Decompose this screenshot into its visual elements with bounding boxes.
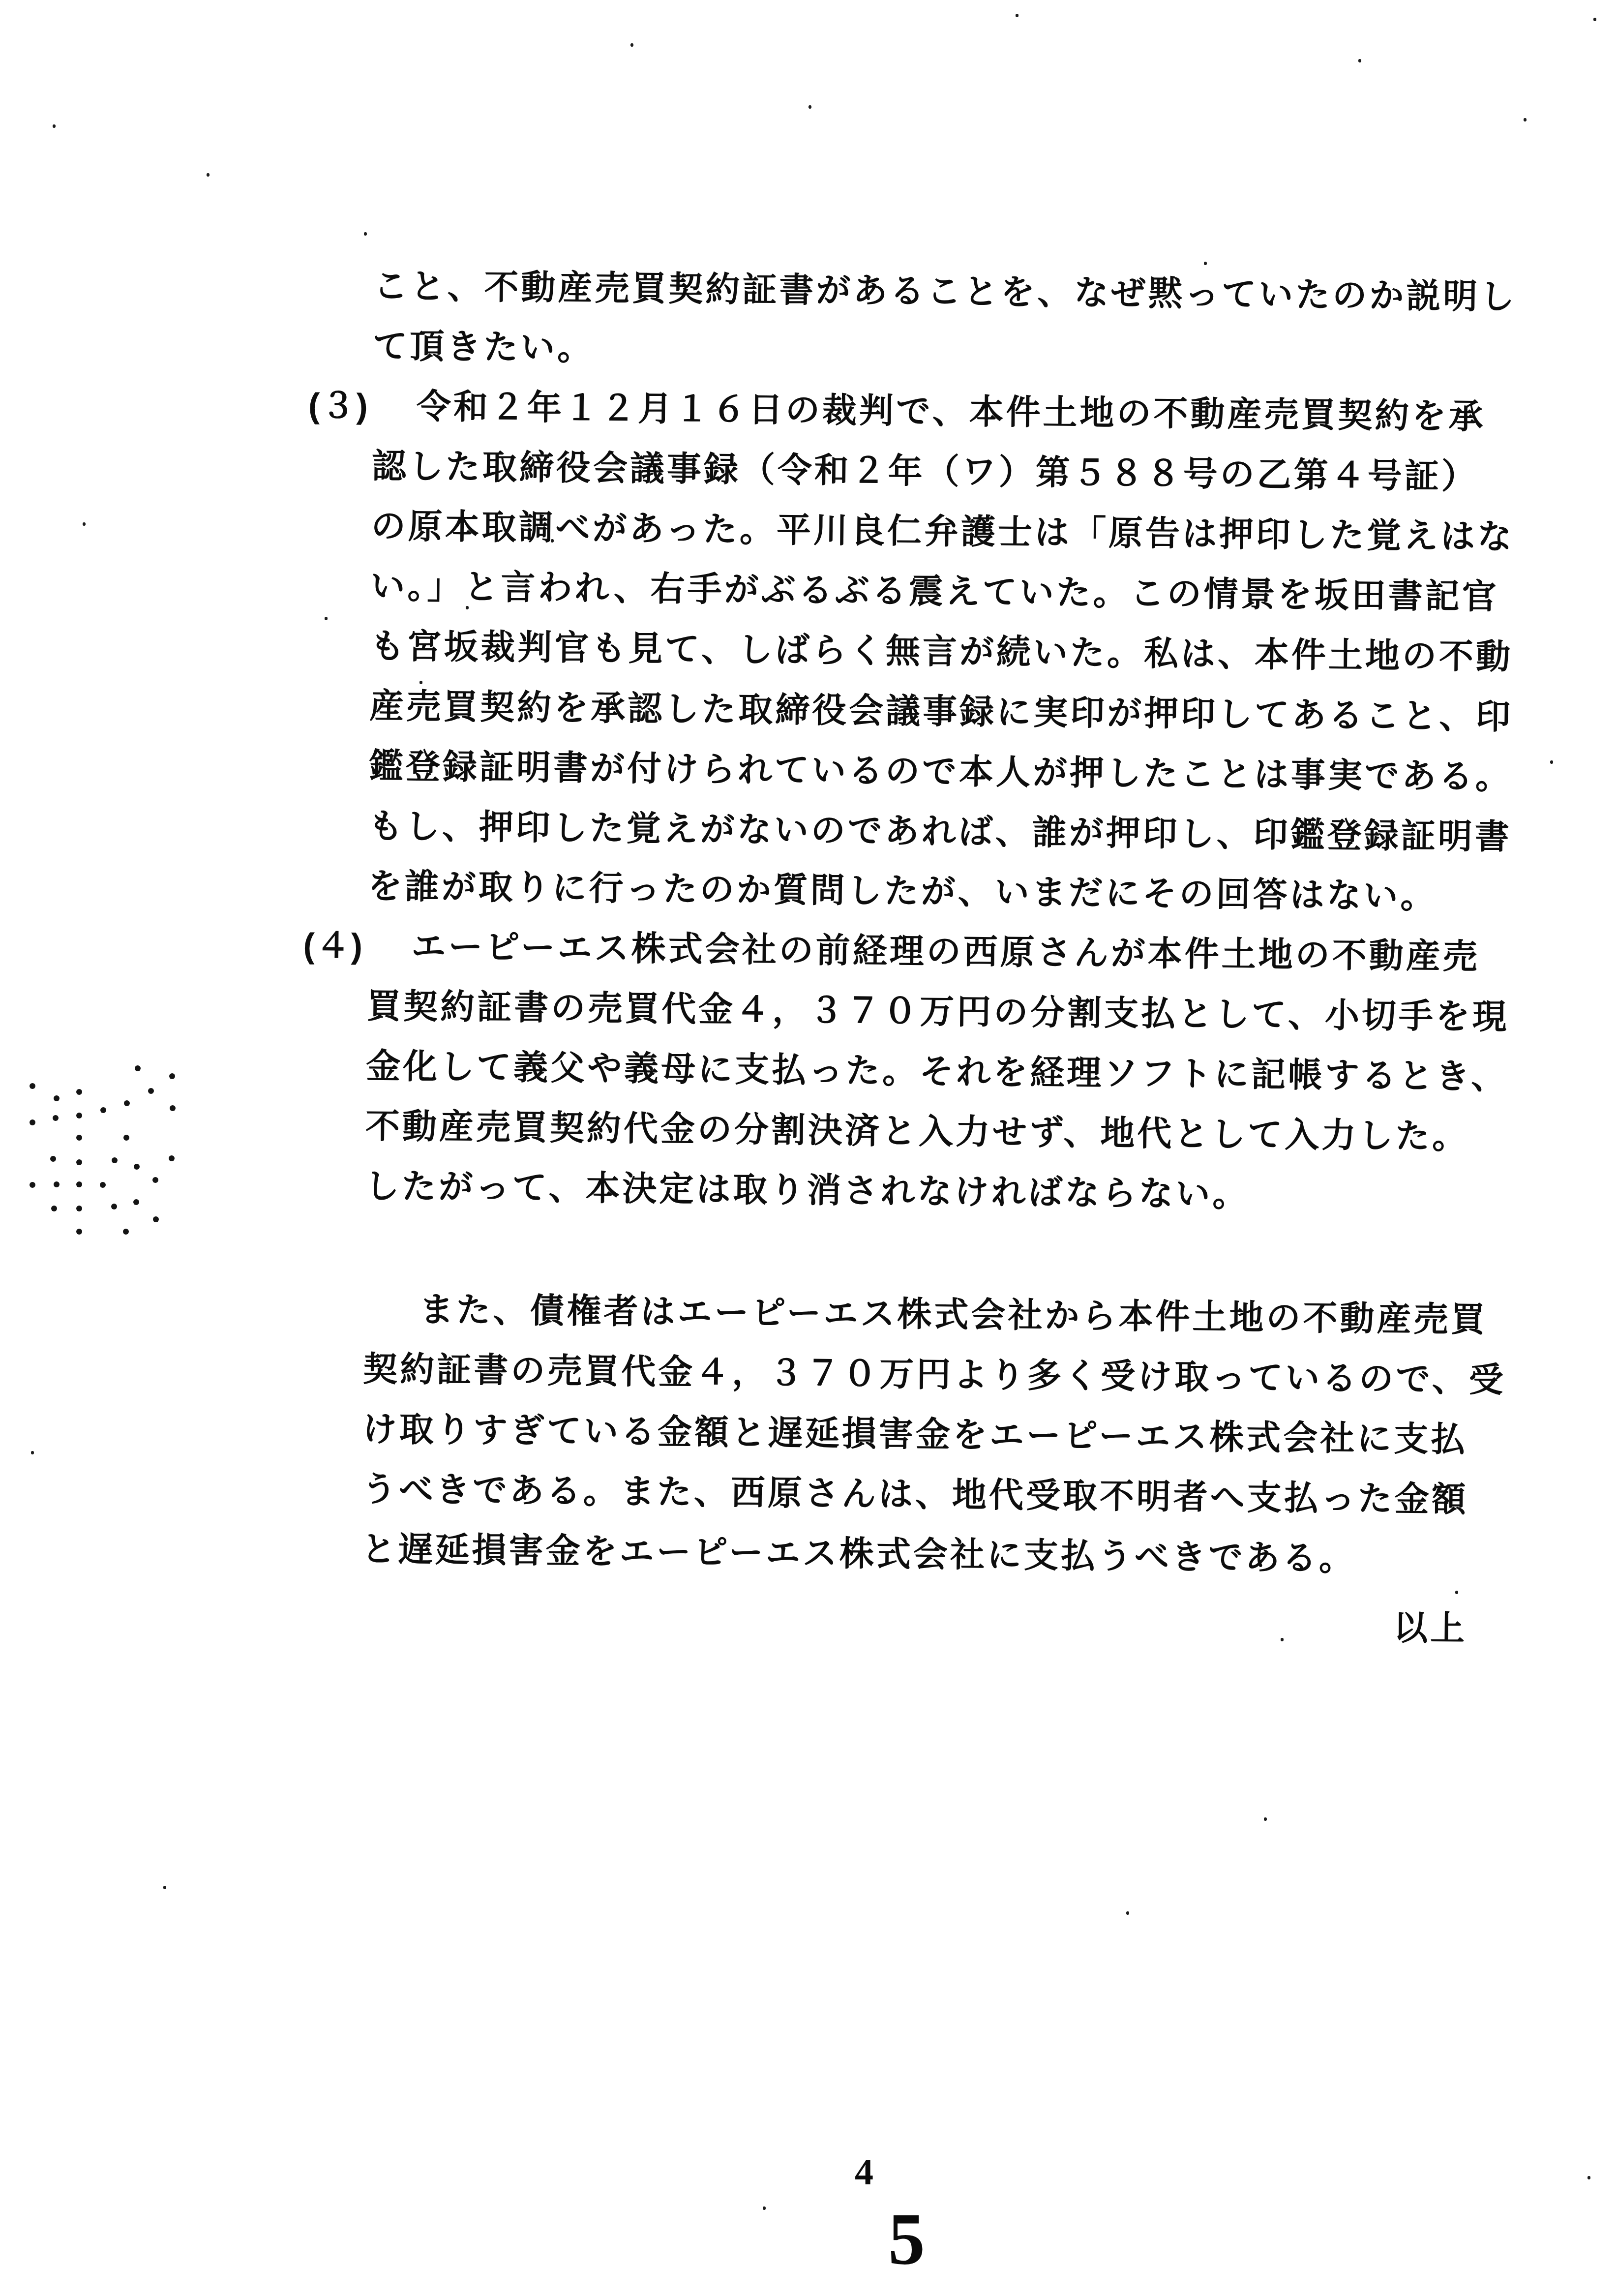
list-item-marker: (３) [308, 375, 369, 436]
photocopy-dot-artifact [76, 1113, 82, 1118]
photocopy-dot-artifact [30, 1182, 35, 1188]
scan-speck-artifact [551, 539, 554, 543]
text-line: 金化して義父や義母に支払った。それを経理ソフトに記帳するとき、 [302, 1035, 1517, 1107]
text-line-content: 以上 [1393, 1608, 1467, 1647]
scan-speck-artifact [1016, 14, 1018, 17]
scan-speck-artifact [1126, 1911, 1129, 1915]
text-line-content: て頂きたい。 [373, 327, 595, 367]
photocopy-dot-artifact [111, 1204, 117, 1209]
scan-speck-artifact [325, 617, 328, 620]
text-line-content: の原本取調べがあった。平川良仁弁護士は「原告は押印した覚えはな [371, 507, 1514, 556]
scan-speck-artifact [207, 173, 210, 177]
photocopy-dot-artifact [53, 1115, 59, 1121]
text-line: 契約証書の売買代金４，３７０万円より多く受け取っているので、受 [299, 1338, 1514, 1410]
photocopy-dot-artifact [76, 1206, 82, 1211]
photocopy-dot-artifact [100, 1107, 106, 1113]
text-line: と遅延損害金をエーピーエス株式会社に支払うべきである。 [297, 1518, 1512, 1590]
scan-speck-artifact [1587, 2176, 1590, 2179]
text-line: こと、不動産売買契約証書があることを、なぜ黙っていたのか説明し [309, 255, 1525, 327]
scan-speck-artifact [1550, 760, 1553, 764]
text-line-content: け取りすぎている金額と遅延損害金をエーピーエス株式会社に支払 [362, 1410, 1468, 1459]
photocopy-dot-artifact [124, 1100, 130, 1106]
text-line-content: 認した取締役会議事録（令和２年（ワ）第５８８号の乙第４号証） [372, 447, 1479, 496]
scan-speck-artifact [31, 1451, 34, 1454]
text-line-content: 買契約証書の売買代金４，３７０万円の分割支払として、小切手を現 [366, 987, 1509, 1036]
scan-speck-artifact [83, 522, 86, 526]
photocopy-dot-artifact [133, 1199, 139, 1205]
photocopy-dot-artifact [169, 1155, 175, 1161]
text-line: の原本取調べがあった。平川良仁弁護士は「原告は押印した覚えはな [307, 495, 1522, 567]
photocopy-dot-artifact [76, 1181, 82, 1187]
scan-speck-artifact [1358, 59, 1361, 62]
scan-speck-artifact [1204, 262, 1207, 265]
scan-speck-artifact [1524, 118, 1527, 121]
text-line-content: と遅延損害金をエーピーエス株式会社に支払うべきである。 [361, 1530, 1356, 1577]
text-line-content: 不動産売買契約代金の分割決済と入力せず、地代として入力した。 [365, 1107, 1469, 1156]
printed-page-number: 4 [855, 2153, 873, 2191]
text-line: 鑑登録証明書が付けられているので本人が押したことは事実である。 [304, 735, 1520, 807]
text-line: も宮坂裁判官も見て、しばらく無言が続いた。私は、本件土地の不動 [306, 615, 1521, 687]
text-line-content: こと、不動産売買契約証書があることを、なぜ黙っていたのか説明し [373, 267, 1517, 316]
text-line: うべきである。また、西原さんは、地代受取不明者へ支払った金額 [298, 1458, 1513, 1530]
photocopy-dot-artifact [100, 1182, 106, 1188]
text-line: 以上 [297, 1587, 1512, 1659]
scan-speck-artifact [763, 2206, 766, 2210]
list-item-line: (４)エーピーエス株式会社の前経理の西原さんが本件土地の不動産売 [303, 915, 1518, 987]
scan-speck-artifact [1264, 1817, 1267, 1821]
text-line: もし、押印した覚えがないのであれば、誰が押印し、印鑑登録証明書 [304, 795, 1519, 867]
scanned-document-page: こと、不動産売買契約証書があることを、なぜ黙っていたのか説明して頂きたい。(３)… [0, 0, 1617, 2296]
photocopy-dot-artifact [123, 1229, 129, 1235]
text-line-content: 産売買契約を承認した取締役会議事録に実印が押印してあること、印 [369, 687, 1513, 736]
text-line [300, 1215, 1515, 1290]
photocopy-dot-artifact [153, 1216, 159, 1222]
photocopy-dot-artifact [50, 1156, 56, 1162]
text-line: 認した取締役会議事録（令和２年（ワ）第５８８号の乙第４号証） [307, 435, 1523, 507]
photocopy-dot-artifact [148, 1088, 154, 1094]
text-line-content: 令和２年１２月１６日の裁判で、本件土地の不動産売買契約を承 [417, 387, 1486, 436]
list-item-line: (３)令和２年１２月１６日の裁判で、本件土地の不動産売買契約を承 [308, 375, 1523, 447]
photocopy-dot-artifact [54, 1181, 60, 1187]
photocopy-dot-artifact [30, 1119, 35, 1125]
photocopy-dot-artifact [134, 1164, 140, 1170]
scan-speck-artifact [1281, 1638, 1284, 1641]
text-line: 買契約証書の売買代金４，３７０万円の分割支払として、小切手を現 [302, 975, 1518, 1047]
scan-speck-artifact [163, 1886, 166, 1889]
text-line-content: 契約証書の売買代金４，３７０万円より多く受け取っているので、受 [363, 1350, 1506, 1399]
photocopy-dot-artifact [123, 1135, 129, 1141]
text-line-content: 鑑登録証明書が付けられているので本人が押したことは事実である。 [369, 747, 1513, 796]
photocopy-dot-artifact [51, 1206, 57, 1211]
photocopy-dot-artifact [76, 1135, 82, 1141]
photocopy-dot-artifact [76, 1229, 82, 1235]
photocopy-dot-artifact [135, 1065, 141, 1071]
text-line-content: 金化して義父や義母に支払った。それを経理ソフトに記帳するとき、 [366, 1047, 1508, 1096]
text-line-content: もし、押印した覚えがないのであれば、誰が押印し、印鑑登録証明書 [368, 807, 1512, 856]
photocopy-dot-artifact [30, 1083, 35, 1089]
photocopy-dot-artifact [169, 1073, 175, 1079]
scan-speck-artifact [466, 606, 469, 609]
document-body: こと、不動産売買契約証書があることを、なぜ黙っていたのか説明して頂きたい。(３)… [297, 255, 1525, 1659]
text-line: また、債権者はエーピーエス株式会社から本件土地の不動産売買 [299, 1278, 1515, 1350]
scan-speck-artifact [53, 124, 56, 128]
scan-speck-artifact [364, 232, 367, 236]
photocopy-dot-artifact [152, 1177, 158, 1183]
scan-speck-artifact [419, 681, 422, 684]
stamped-page-number: 5 [888, 2203, 925, 2276]
photocopy-dot-artifact [112, 1157, 118, 1163]
text-line: い。」と言われ、右手がぶるぶる震えていた。この情景を坂田書記官 [306, 555, 1522, 627]
text-line-content: を誰が取りに行ったのか質問したが、いまだにその回答はない。 [367, 867, 1437, 915]
scan-speck-artifact [1455, 1591, 1458, 1594]
text-line-content: また、債権者はエーピーエス株式会社から本件土地の不動産売買 [419, 1290, 1488, 1339]
text-line-content: エーピーエス株式会社の前経理の西原さんが本件土地の不動産売 [411, 927, 1480, 976]
text-line-content: したがって、本決定は取り消されなければならない。 [364, 1167, 1249, 1213]
scan-speck-artifact [1593, 18, 1596, 21]
photocopy-dot-artifact [170, 1105, 176, 1111]
text-line-content: い。」と言われ、右手がぶるぶる震えていた。この情景を坂田書記官 [370, 567, 1499, 616]
text-line: け取りすぎている金額と遅延損害金をエーピーエス株式会社に支払 [299, 1398, 1514, 1470]
photocopy-dot-artifact [54, 1095, 60, 1101]
photocopy-dot-artifact [76, 1159, 82, 1165]
text-line: 不動産売買契約代金の分割決済と入力せず、地代として入力した。 [301, 1095, 1516, 1167]
text-line: て頂きたい。 [309, 315, 1524, 387]
scan-speck-artifact [630, 43, 633, 47]
text-line: を誰が取りに行ったのか質問したが、いまだにその回答はない。 [303, 855, 1519, 927]
photocopy-dot-artifact [76, 1089, 82, 1095]
text-line-content: うべきである。また、西原さんは、地代受取不明者へ支払った金額 [362, 1470, 1469, 1519]
text-line: したがって、本決定は取り消されなければならない。 [300, 1155, 1516, 1227]
text-line-content: も宮坂裁判官も見て、しばらく無言が続いた。私は、本件土地の不動 [370, 627, 1513, 676]
text-line: 産売買契約を承認した取締役会議事録に実印が押印してあること、印 [305, 675, 1521, 747]
list-item-marker: (４) [303, 915, 364, 976]
scan-speck-artifact [808, 105, 811, 109]
